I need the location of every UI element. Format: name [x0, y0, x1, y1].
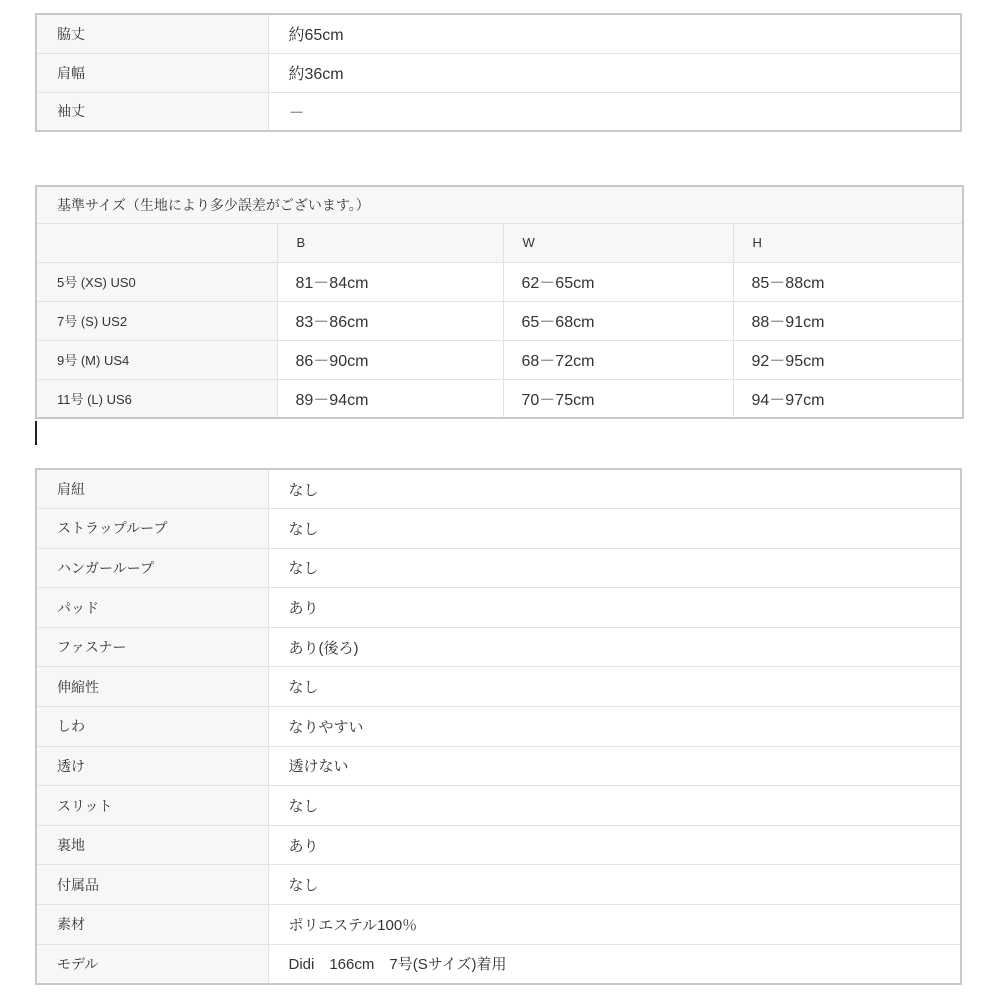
- table-row: ハンガーループなし: [36, 548, 961, 588]
- table-row: 5号 (XS) US081－84cm62－65cm85－88cm: [36, 262, 963, 301]
- product-spec-page: 脇丈約65cm肩幅約36cm袖丈－ 基準サイズ（生地により多少誤差がございます。…: [0, 0, 1000, 1000]
- detail-value-cell: なし: [268, 469, 961, 509]
- text-cursor: [35, 421, 37, 445]
- table-row: 裏地あり: [36, 825, 961, 865]
- size-label-cell: 11号 (L) US6: [36, 379, 277, 418]
- bust-value-cell: 81－84cm: [277, 262, 503, 301]
- table-row: B W H: [36, 223, 963, 262]
- detail-value-cell: なし: [268, 667, 961, 707]
- detail-label-cell: しわ: [36, 707, 268, 747]
- bust-value-cell: 86－90cm: [277, 340, 503, 379]
- size-chart-table: 基準サイズ（生地により多少誤差がございます。） B W H 5号 (XS) US…: [35, 185, 964, 419]
- table-row: 7号 (S) US283－86cm65－68cm88－91cm: [36, 301, 963, 340]
- waist-col-header: W: [503, 223, 733, 262]
- bust-col-header: B: [277, 223, 503, 262]
- table-row: 肩紐なし: [36, 469, 961, 509]
- details-table: 肩紐なしストラップループなしハンガーループなしパッドありファスナーあり(後ろ)伸…: [35, 468, 962, 985]
- detail-value-cell: なし: [268, 865, 961, 905]
- table-row: ファスナーあり(後ろ): [36, 627, 961, 667]
- detail-label-cell: 素材: [36, 905, 268, 945]
- size-label-cell: 7号 (S) US2: [36, 301, 277, 340]
- hip-col-header: H: [733, 223, 963, 262]
- detail-label-cell: 裏地: [36, 825, 268, 865]
- waist-value-cell: 70－75cm: [503, 379, 733, 418]
- waist-value-cell: 65－68cm: [503, 301, 733, 340]
- waist-value-cell: 68－72cm: [503, 340, 733, 379]
- detail-value-cell: なし: [268, 509, 961, 549]
- table-row: 肩幅約36cm: [36, 53, 961, 92]
- hip-value-cell: 92－95cm: [733, 340, 963, 379]
- table-row: スリットなし: [36, 786, 961, 826]
- table-row: 脇丈約65cm: [36, 14, 961, 53]
- table-row: 付属品なし: [36, 865, 961, 905]
- detail-value-cell: あり: [268, 825, 961, 865]
- detail-label-cell: ストラップループ: [36, 509, 268, 549]
- detail-label-cell: 肩紐: [36, 469, 268, 509]
- measurement-value-cell: －: [268, 92, 961, 131]
- table-row: モデルDidi 166cm 7号(Sサイズ)着用: [36, 944, 961, 984]
- hip-value-cell: 88－91cm: [733, 301, 963, 340]
- detail-value-cell: なし: [268, 548, 961, 588]
- size-label-cell: 5号 (XS) US0: [36, 262, 277, 301]
- size-col-header: [36, 223, 277, 262]
- detail-label-cell: ハンガーループ: [36, 548, 268, 588]
- detail-value-cell: あり(後ろ): [268, 627, 961, 667]
- waist-value-cell: 62－65cm: [503, 262, 733, 301]
- detail-label-cell: 透け: [36, 746, 268, 786]
- detail-value-cell: なりやすい: [268, 707, 961, 747]
- bust-value-cell: 89－94cm: [277, 379, 503, 418]
- detail-value-cell: ポリエステル100％: [268, 905, 961, 945]
- table-row: しわなりやすい: [36, 707, 961, 747]
- size-chart-title: 基準サイズ（生地により多少誤差がございます。）: [36, 186, 963, 223]
- detail-label-cell: スリット: [36, 786, 268, 826]
- detail-value-cell: 透けない: [268, 746, 961, 786]
- measurement-value-cell: 約36cm: [268, 53, 961, 92]
- detail-label-cell: パッド: [36, 588, 268, 628]
- hip-value-cell: 94－97cm: [733, 379, 963, 418]
- table-row: パッドあり: [36, 588, 961, 628]
- table-row: 透け透けない: [36, 746, 961, 786]
- bust-value-cell: 83－86cm: [277, 301, 503, 340]
- table-row: 袖丈－: [36, 92, 961, 131]
- table-row: 11号 (L) US689－94cm70－75cm94－97cm: [36, 379, 963, 418]
- table-row: 伸縮性なし: [36, 667, 961, 707]
- measurement-label-cell: 脇丈: [36, 14, 268, 53]
- detail-label-cell: モデル: [36, 944, 268, 984]
- table-row: 基準サイズ（生地により多少誤差がございます。）: [36, 186, 963, 223]
- measurement-value-cell: 約65cm: [268, 14, 961, 53]
- table-row: ストラップループなし: [36, 509, 961, 549]
- detail-value-cell: あり: [268, 588, 961, 628]
- measurements-table: 脇丈約65cm肩幅約36cm袖丈－: [35, 13, 962, 132]
- detail-value-cell: Didi 166cm 7号(Sサイズ)着用: [268, 944, 961, 984]
- detail-value-cell: なし: [268, 786, 961, 826]
- table-row: 9号 (M) US486－90cm68－72cm92－95cm: [36, 340, 963, 379]
- measurement-label-cell: 肩幅: [36, 53, 268, 92]
- detail-label-cell: 付属品: [36, 865, 268, 905]
- measurement-label-cell: 袖丈: [36, 92, 268, 131]
- detail-label-cell: 伸縮性: [36, 667, 268, 707]
- size-label-cell: 9号 (M) US4: [36, 340, 277, 379]
- table-row: 素材ポリエステル100％: [36, 905, 961, 945]
- hip-value-cell: 85－88cm: [733, 262, 963, 301]
- detail-label-cell: ファスナー: [36, 627, 268, 667]
